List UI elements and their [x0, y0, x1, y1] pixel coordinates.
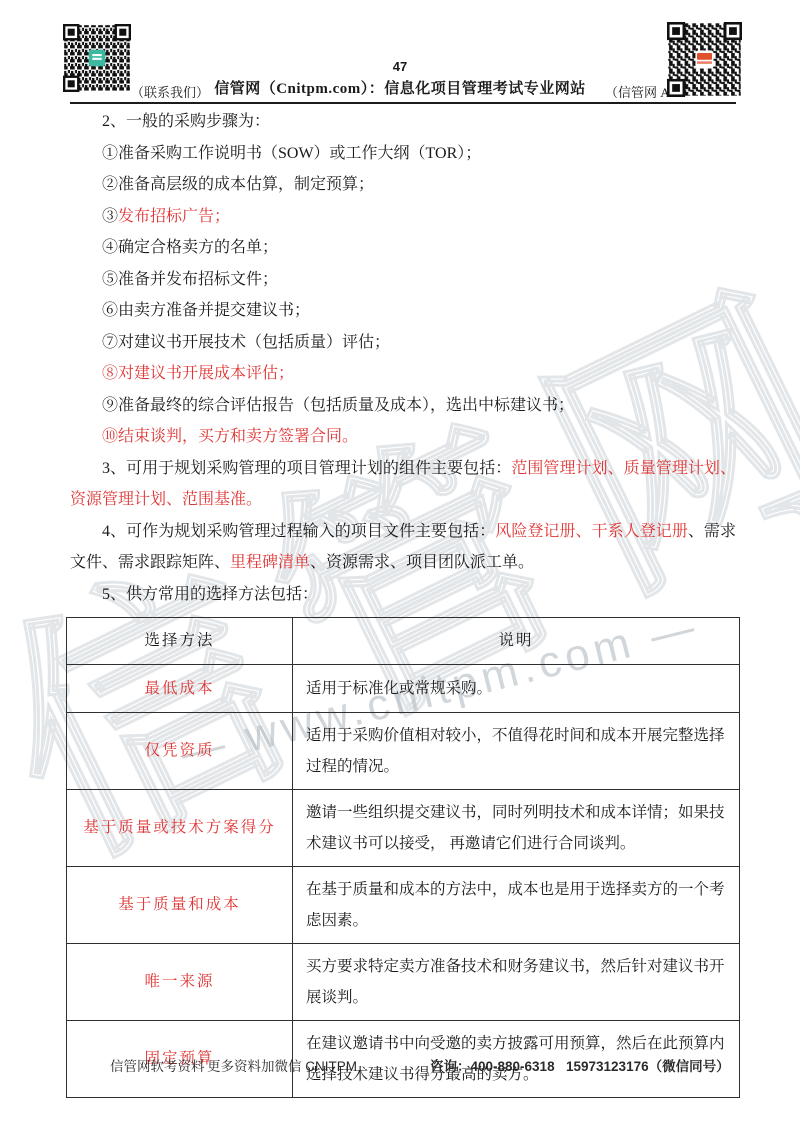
method-cell: 基于质量或技术方案得分 [67, 790, 293, 867]
method-cell: 基于质量和成本 [67, 867, 293, 944]
paragraph: 5、供方常用的选择方法包括： [70, 579, 736, 611]
text-segment: ③ [102, 208, 118, 225]
text-segment: ⑦对建议书开展技术（包括质量）评估； [102, 334, 390, 351]
selection-methods-table: 选择方法 说明 最低成本适用于标准化或常规采购。仅凭资质适用于采购价值相对较小，… [66, 617, 740, 1098]
footer-mobile-phone: 15973123176（微信同号） [566, 1055, 730, 1075]
column-header-description: 说明 [293, 618, 740, 665]
method-cell: 最低成本 [67, 665, 293, 713]
text-segment: ⑥由卖方准备并提交建议书； [102, 302, 310, 319]
page-header: （联系我们） 47 信管网（Cnitpm.com）：信息化项目管理考试专业网站 … [0, 0, 800, 106]
text-segment: 3、可用于规划采购管理的项目管理计划的组件主要包括： [102, 460, 511, 477]
paragraph: ⑦对建议书开展技术（包括质量）评估； [70, 327, 736, 359]
text-segment: ⑩结束谈判，买方和卖方签署合同。 [102, 428, 358, 445]
paragraph: ⑥由卖方准备并提交建议书； [70, 295, 736, 327]
table-row: 最低成本适用于标准化或常规采购。 [67, 665, 740, 713]
text-segment: 4、可作为规划采购管理过程输入的项目文件主要包括： [102, 523, 495, 540]
paragraph: ⑤准备并发布招标文件； [70, 264, 736, 296]
footer-consult-phone: 咨询：400-880-6318 [430, 1055, 555, 1075]
paragraph: ②准备高层级的成本估算，制定预算； [70, 169, 736, 201]
body-paragraphs: 2、一般的采购步骤为：①准备采购工作说明书（SOW）或工作大纲（TOR）；②准备… [70, 106, 736, 610]
text-segment: 发布招标广告； [118, 208, 230, 225]
document-page: 信管网 — www.cnitpm.com — [0, 0, 800, 1131]
paragraph: ⑩结束谈判，买方和卖方签署合同。 [70, 421, 736, 453]
description-cell: 适用于标准化或常规采购。 [293, 665, 740, 713]
text-segment: ⑨准备最终的综合评估报告（包括质量及成本），选出中标建议书； [102, 397, 574, 414]
description-cell: 适用于采购价值相对较小，不值得花时间和成本开展完整选择过程的情况。 [293, 713, 740, 790]
method-cell: 仅凭资质 [67, 713, 293, 790]
paragraph: ⑧对建议书开展成本评估； [70, 358, 736, 390]
body-content: 2、一般的采购步骤为：①准备采购工作说明书（SOW）或工作大纲（TOR）；②准备… [70, 106, 736, 1098]
text-segment: 5、供方常用的选择方法包括： [102, 586, 318, 603]
table-row: 唯一来源买方要求特定卖方准备技术和财务建议书，然后针对建议书开展谈判。 [67, 944, 740, 1021]
text-segment: ⑧对建议书开展成本评估； [102, 365, 294, 382]
text-segment: ①准备采购工作说明书（SOW）或工作大纲（TOR）； [102, 145, 481, 162]
table-row: 基于质量或技术方案得分邀请一些组织提交建议书，同时列明技术和成本详情；如果技术建… [67, 790, 740, 867]
text-segment: ⑤准备并发布招标文件； [102, 271, 278, 288]
paragraph: 3、可用于规划采购管理的项目管理计划的组件主要包括：范围管理计划、质量管理计划、… [70, 453, 736, 516]
table-row: 仅凭资质适用于采购价值相对较小，不值得花时间和成本开展完整选择过程的情况。 [67, 713, 740, 790]
column-header-method: 选择方法 [67, 618, 293, 665]
qr-code-app-icon [667, 22, 742, 97]
footer-wechat-label: 更多资料加微信 CNITPM [207, 1055, 357, 1075]
description-cell: 买方要求特定卖方准备技术和财务建议书，然后针对建议书开展谈判。 [293, 944, 740, 1021]
paragraph: 2、一般的采购步骤为： [70, 106, 736, 138]
paragraph: ③发布招标广告； [70, 201, 736, 233]
method-cell: 唯一来源 [67, 944, 293, 1021]
text-segment: 风险登记册、干系人登记册 [495, 523, 688, 540]
text-segment: ②准备高层级的成本估算，制定预算； [102, 176, 374, 193]
text-segment: 里程碑清单 [230, 554, 310, 571]
paragraph: ⑨准备最终的综合评估报告（包括质量及成本），选出中标建议书； [70, 390, 736, 422]
text-segment: 、资源需求、项目团队派工单。 [310, 554, 534, 571]
header-divider [70, 102, 736, 104]
text-segment: ④确定合格卖方的名单； [102, 239, 278, 256]
text-segment: 2、一般的采购步骤为： [102, 113, 270, 130]
paragraph: ①准备采购工作说明书（SOW）或工作大纲（TOR）； [70, 138, 736, 170]
paragraph: ④确定合格卖方的名单； [70, 232, 736, 264]
page-footer: 信管网软考资料 更多资料加微信 CNITPM 咨询：400-880-6318 1… [0, 1055, 800, 1079]
description-cell: 在基于质量和成本的方法中，成本也是用于选择卖方的一个考虑因素。 [293, 867, 740, 944]
description-cell: 邀请一些组织提交建议书，同时列明技术和成本详情；如果技术建议书可以接受， 再邀请… [293, 790, 740, 867]
table-row: 基于质量和成本在基于质量和成本的方法中，成本也是用于选择卖方的一个考虑因素。 [67, 867, 740, 944]
table-header-row: 选择方法 说明 [67, 618, 740, 665]
footer-brand-label: 信管网软考资料 [110, 1055, 205, 1075]
paragraph: 4、可作为规划采购管理过程输入的项目文件主要包括：风险登记册、干系人登记册、需求… [70, 516, 736, 579]
